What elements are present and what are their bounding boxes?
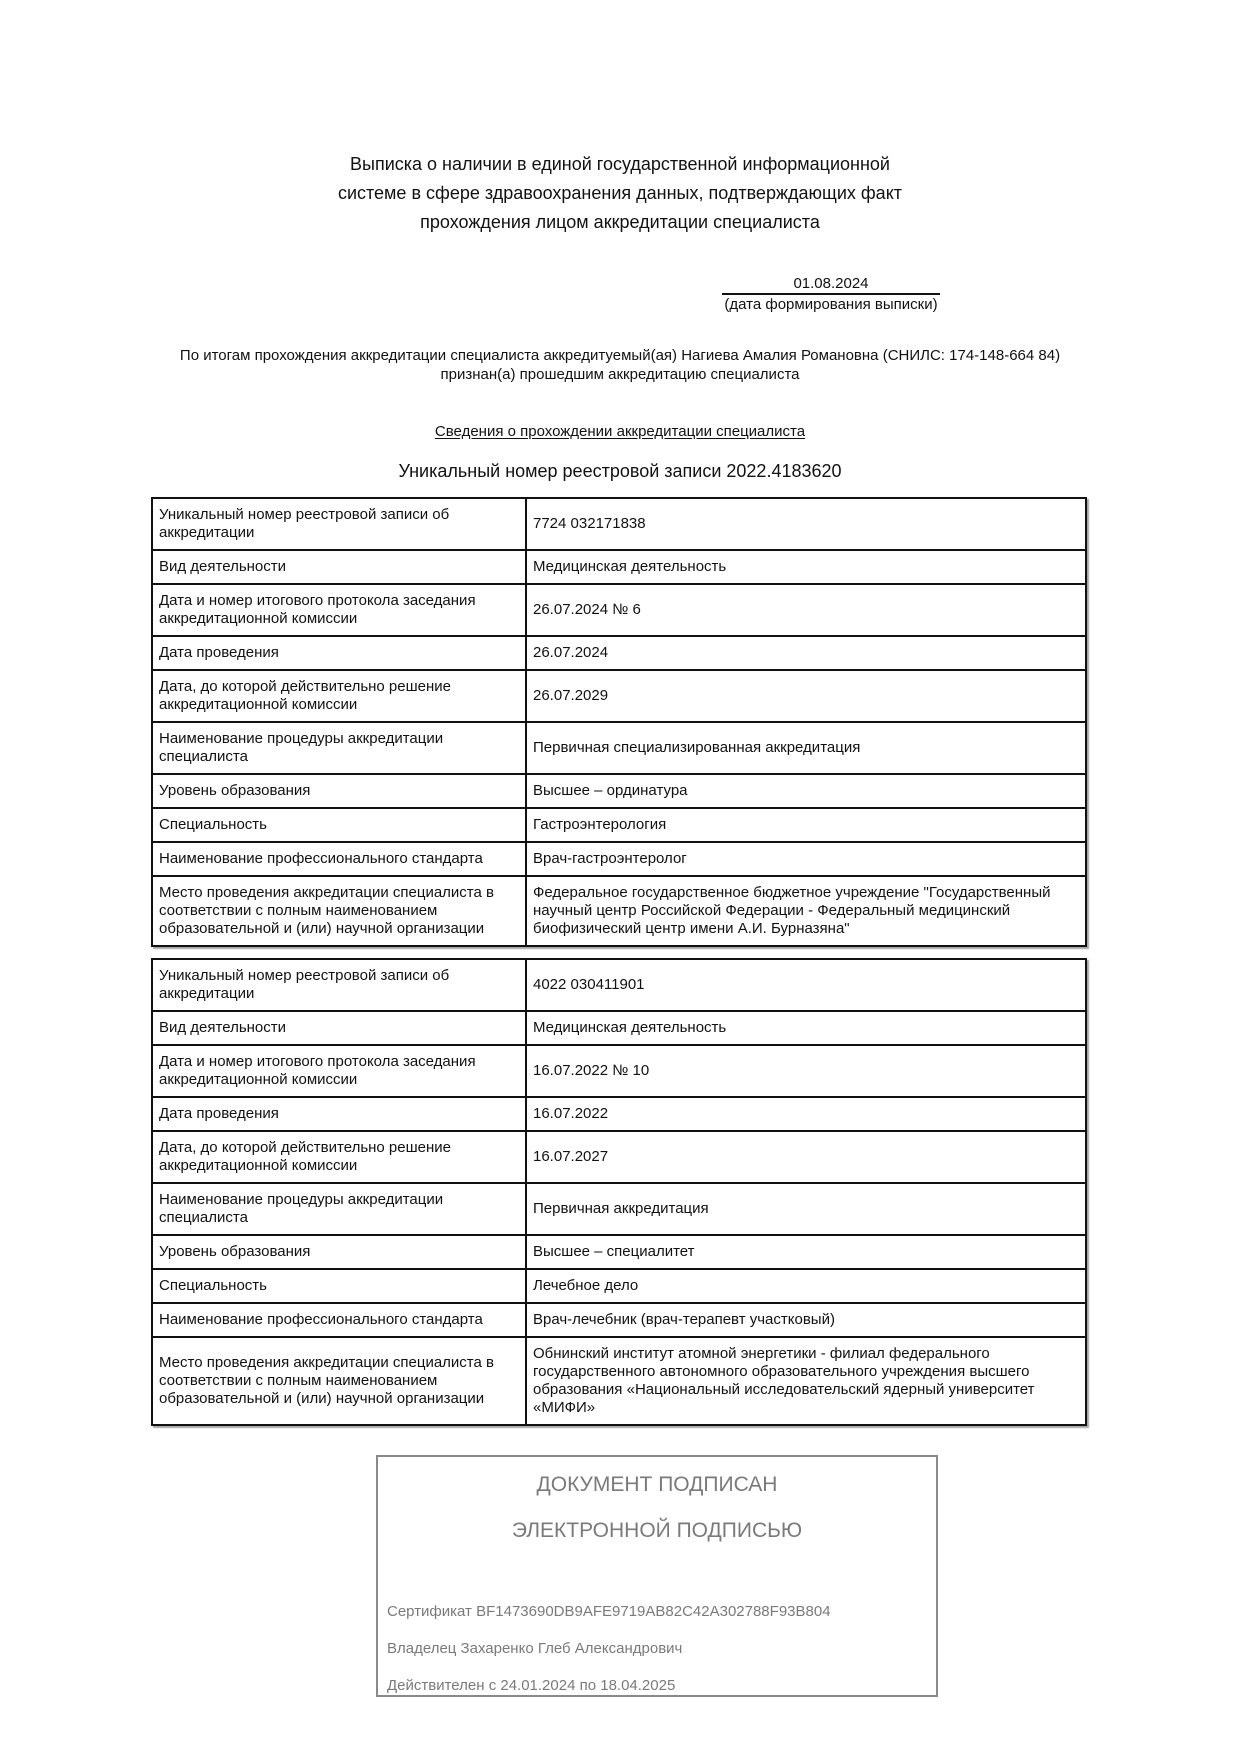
accreditation-table-2: Уникальный номер реестровой записи об ак… (151, 958, 1087, 1426)
row-value: 26.07.2029 (526, 670, 1086, 722)
section-heading-text: Сведения о прохождении аккредитации спец… (435, 423, 805, 440)
table-row: Дата проведения26.07.2024 (152, 636, 1086, 670)
row-value: 7724 032171838 (526, 498, 1086, 550)
registry-title: Уникальный номер реестровой записи 2022.… (0, 461, 1240, 482)
table-row: Место проведения аккредитации специалист… (152, 1337, 1086, 1425)
certificate-validity: Действителен с 24.01.2024 по 18.04.2025 (387, 1677, 675, 1694)
row-value: 4022 030411901 (526, 959, 1086, 1011)
row-value: Лечебное дело (526, 1269, 1086, 1303)
row-value: 16.07.2022 (526, 1097, 1086, 1131)
row-value: 16.07.2022 № 10 (526, 1045, 1086, 1097)
table-row: Дата и номер итогового протокола заседан… (152, 1045, 1086, 1097)
row-label: Специальность (152, 1269, 526, 1303)
row-value: Медицинская деятельность (526, 1011, 1086, 1045)
row-value: Врач-гастроэнтеролог (526, 842, 1086, 876)
table-row: Дата, до которой действительно решение а… (152, 1131, 1086, 1183)
title-line: Выписка о наличии в единой государственн… (0, 150, 1240, 179)
row-value: Обнинский институт атомной энергетики - … (526, 1337, 1086, 1425)
table-row: Вид деятельностиМедицинская деятельность (152, 550, 1086, 584)
row-label: Дата проведения (152, 1097, 526, 1131)
certificate-number: Сертификат BF1473690DB9AFE9719AB82C42A30… (387, 1603, 831, 1620)
row-label: Дата и номер итогового протокола заседан… (152, 584, 526, 636)
document-title: Выписка о наличии в единой государственн… (0, 150, 1240, 237)
accreditation-table-1: Уникальный номер реестровой записи об ак… (151, 497, 1087, 947)
row-label: Специальность (152, 808, 526, 842)
table-row: СпециальностьГастроэнтерология (152, 808, 1086, 842)
row-value: 26.07.2024 (526, 636, 1086, 670)
row-label: Вид деятельности (152, 1011, 526, 1045)
stamp-line-signed: ДОКУМЕНТ ПОДПИСАН (378, 1473, 936, 1497)
row-value: Первичная специализированная аккредитаци… (526, 722, 1086, 774)
row-label: Уровень образования (152, 774, 526, 808)
section-heading: Сведения о прохождении аккредитации спец… (0, 423, 1240, 440)
row-value: Высшее – ординатура (526, 774, 1086, 808)
row-label: Место проведения аккредитации специалист… (152, 876, 526, 946)
electronic-signature-stamp: ДОКУМЕНТ ПОДПИСАН ЭЛЕКТРОННОЙ ПОДПИСЬЮ С… (376, 1455, 938, 1697)
intro-line: признан(а) прошедшим аккредитацию специа… (0, 365, 1240, 384)
table-row: Наименование процедуры аккредитации спец… (152, 722, 1086, 774)
generation-date-block: 01.08.2024 (дата формирования выписки) (719, 275, 943, 314)
table-row: Место проведения аккредитации специалист… (152, 876, 1086, 946)
row-value: Первичная аккредитация (526, 1183, 1086, 1235)
row-label: Дата, до которой действительно решение а… (152, 670, 526, 722)
row-value: 26.07.2024 № 6 (526, 584, 1086, 636)
row-label: Место проведения аккредитации специалист… (152, 1337, 526, 1425)
table-row: Уровень образованияВысшее – специалитет (152, 1235, 1086, 1269)
intro-text: По итогам прохождения аккредитации специ… (0, 346, 1240, 384)
row-value: 16.07.2027 (526, 1131, 1086, 1183)
generation-date: 01.08.2024 (722, 275, 940, 295)
row-value: Федеральное государственное бюджетное уч… (526, 876, 1086, 946)
row-value: Медицинская деятельность (526, 550, 1086, 584)
row-label: Наименование процедуры аккредитации спец… (152, 1183, 526, 1235)
table-row: Дата и номер итогового протокола заседан… (152, 584, 1086, 636)
table-row: Дата проведения16.07.2022 (152, 1097, 1086, 1131)
row-value: Высшее – специалитет (526, 1235, 1086, 1269)
row-label: Уникальный номер реестровой записи об ак… (152, 959, 526, 1011)
title-line: прохождения лицом аккредитации специалис… (0, 208, 1240, 237)
row-value: Врач-лечебник (врач-терапевт участковый) (526, 1303, 1086, 1337)
row-label: Дата и номер итогового протокола заседан… (152, 1045, 526, 1097)
row-label: Наименование процедуры аккредитации спец… (152, 722, 526, 774)
certificate-owner: Владелец Захаренко Глеб Александрович (387, 1640, 682, 1657)
title-line: системе в сфере здравоохранения данных, … (0, 179, 1240, 208)
row-label: Вид деятельности (152, 550, 526, 584)
table-row: Уникальный номер реестровой записи об ак… (152, 959, 1086, 1011)
row-label: Уровень образования (152, 1235, 526, 1269)
row-label: Дата проведения (152, 636, 526, 670)
table-row: Наименование профессионального стандарта… (152, 842, 1086, 876)
table-row: СпециальностьЛечебное дело (152, 1269, 1086, 1303)
table-row: Вид деятельностиМедицинская деятельность (152, 1011, 1086, 1045)
table-row: Наименование процедуры аккредитации спец… (152, 1183, 1086, 1235)
table-row: Уровень образованияВысшее – ординатура (152, 774, 1086, 808)
row-label: Наименование профессионального стандарта (152, 1303, 526, 1337)
row-label: Дата, до которой действительно решение а… (152, 1131, 526, 1183)
row-label: Наименование профессионального стандарта (152, 842, 526, 876)
table-row: Дата, до которой действительно решение а… (152, 670, 1086, 722)
table-row: Наименование профессионального стандарта… (152, 1303, 1086, 1337)
stamp-line-electronic: ЭЛЕКТРОННОЙ ПОДПИСЬЮ (378, 1519, 936, 1543)
row-value: Гастроэнтерология (526, 808, 1086, 842)
row-label: Уникальный номер реестровой записи об ак… (152, 498, 526, 550)
table-row: Уникальный номер реестровой записи об ак… (152, 498, 1086, 550)
intro-line: По итогам прохождения аккредитации специ… (0, 346, 1240, 365)
generation-date-caption: (дата формирования выписки) (719, 295, 943, 314)
